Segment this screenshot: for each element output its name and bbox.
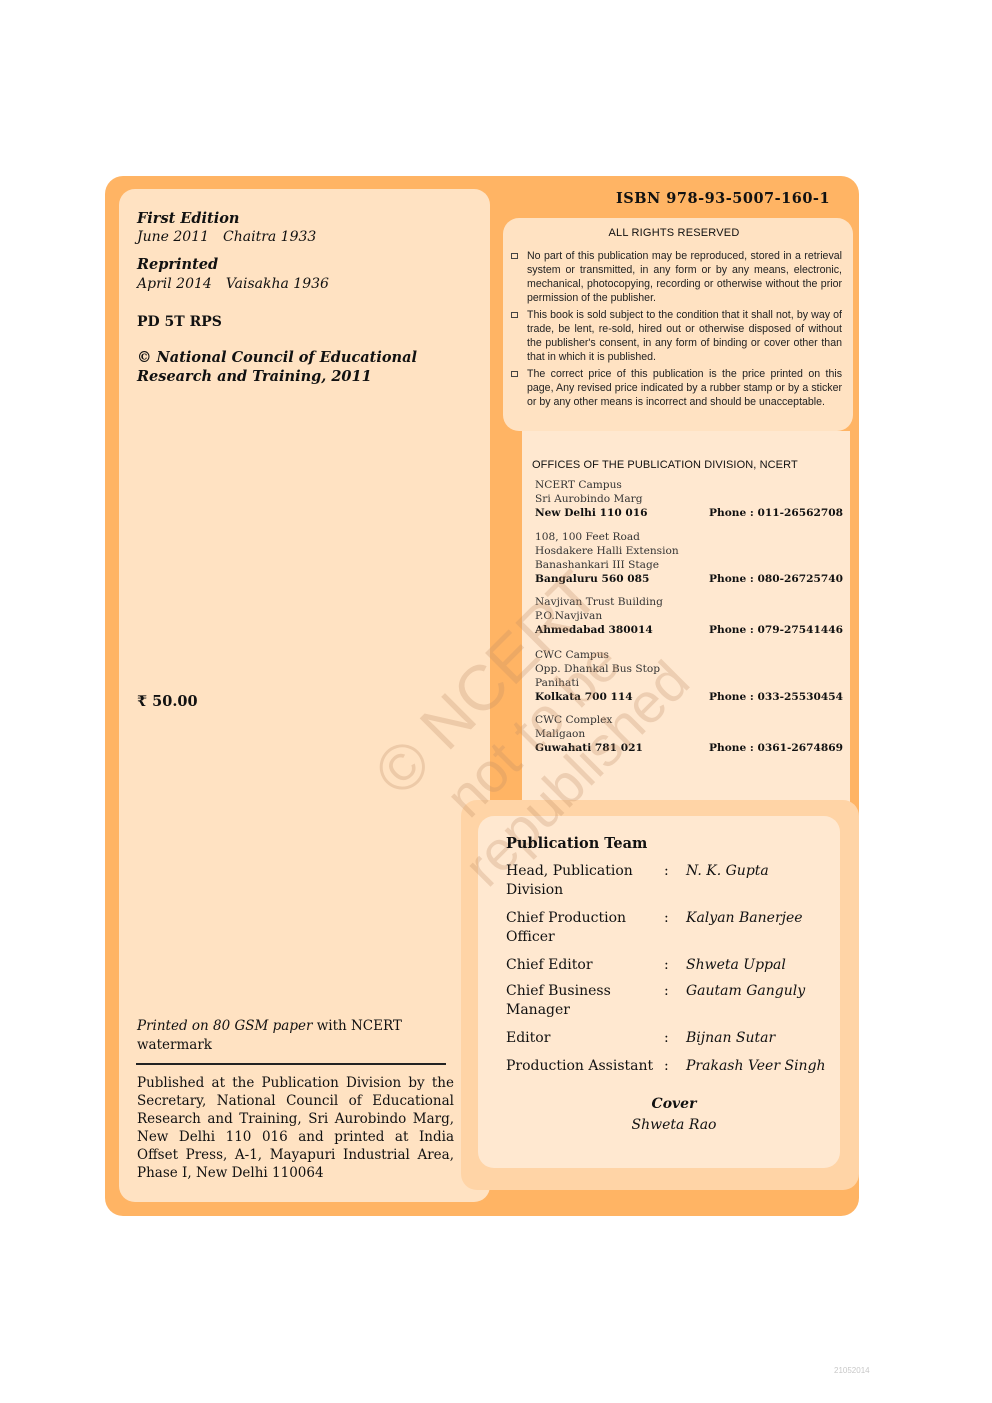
checkbox-bullet-icon <box>511 312 518 318</box>
team-member-name: Prakash Veer Singh <box>686 1057 826 1076</box>
office-city-row: Bangaluru 560 085Phone : 080-26725740 <box>535 572 843 586</box>
office-address-line: Opp. Dhankal Bus Stop <box>535 662 843 676</box>
reprint-date: April 2014Vaisakha 1936 <box>137 276 329 292</box>
team-member-name: Gautam Ganguly <box>686 982 805 1020</box>
team-member-row: Chief Business Manager:Gautam Ganguly <box>506 982 836 1020</box>
office-phone: Phone : 011-26562708 <box>709 506 843 520</box>
office-city: Kolkata 700 114 <box>535 690 633 704</box>
copyright-line-2: Research and Training, 2011 <box>137 367 417 386</box>
rights-item-text: This book is sold subject to the conditi… <box>527 309 842 363</box>
publication-code: PD 5T RPS <box>137 314 222 330</box>
team-member-name: Shweta Uppal <box>686 956 786 975</box>
copyright-notice: © National Council of Educational Resear… <box>137 348 417 386</box>
office-address-line: P.O.Navjivan <box>535 609 843 623</box>
team-member-name: Kalyan Banerjee <box>686 909 803 947</box>
price: ₹ 50.00 <box>137 693 198 710</box>
office-city: Guwahati 781 021 <box>535 741 643 755</box>
team-member-row: Production Assistant:Prakash Veer Singh <box>506 1057 836 1076</box>
first-edition-gregorian: June 2011 <box>137 229 209 245</box>
office-address-line: Sri Aurobindo Marg <box>535 492 843 506</box>
office-city-row: New Delhi 110 016Phone : 011-26562708 <box>535 506 843 520</box>
team-separator: : <box>664 1057 686 1076</box>
team-member-row: Editor:Bijnan Sutar <box>506 1029 836 1048</box>
team-member-row: Chief Production Officer:Kalyan Banerjee <box>506 909 836 947</box>
office-address-line: Hosdakere Halli Extension <box>535 544 843 558</box>
rights-item-text: No part of this publication may be repro… <box>527 250 842 304</box>
office-phone: Phone : 079-27541446 <box>709 623 843 637</box>
team-member-name: Bijnan Sutar <box>686 1029 775 1048</box>
rights-item: This book is sold subject to the conditi… <box>510 308 842 364</box>
office-phone: Phone : 033-25530454 <box>709 690 843 704</box>
office-address-line: Navjivan Trust Building <box>535 595 843 609</box>
office-city-row: Ahmedabad 380014Phone : 079-27541446 <box>535 623 843 637</box>
first-edition-heading: First Edition <box>137 210 239 227</box>
office-city-row: Guwahati 781 021Phone : 0361-2674869 <box>535 741 843 755</box>
office-address-line: NCERT Campus <box>535 478 843 492</box>
team-member-row: Head, Publication Division:N. K. Gupta <box>506 862 836 900</box>
rights-item: The correct price of this publication is… <box>510 367 842 409</box>
copyright-line-1: © National Council of Educational <box>137 348 417 367</box>
office-city: Ahmedabad 380014 <box>535 623 653 637</box>
team-member-name: N. K. Gupta <box>686 862 769 900</box>
cover-heading: Cover <box>493 1096 855 1112</box>
office-address-line: Banashankari III Stage <box>535 558 843 572</box>
office-address-line: CWC Campus <box>535 648 843 662</box>
divider <box>136 1063 446 1065</box>
office-city: Bangaluru 560 085 <box>535 572 649 586</box>
team-member-role: Chief Production Officer <box>506 909 664 947</box>
office-phone: Phone : 080-26725740 <box>709 572 843 586</box>
team-separator: : <box>664 1029 686 1048</box>
team-separator: : <box>664 862 686 900</box>
office-address-line: Panihati <box>535 676 843 690</box>
paper-note-italic: Printed on 80 GSM paper <box>137 1018 312 1034</box>
footer-code: 21052014 <box>834 1366 870 1375</box>
team-separator: : <box>664 956 686 975</box>
office-address-line: Maligaon <box>535 727 843 741</box>
published-by-text: Published at the Publication Division by… <box>137 1074 454 1182</box>
reprint-heading: Reprinted <box>137 256 218 273</box>
office-city-row: Kolkata 700 114Phone : 033-25530454 <box>535 690 843 704</box>
rights-list: No part of this publication may be repro… <box>510 249 842 412</box>
checkbox-bullet-icon <box>511 371 518 377</box>
team-separator: : <box>664 909 686 947</box>
first-edition-saka: Chaitra 1933 <box>223 229 316 245</box>
team-title: Publication Team <box>506 835 647 852</box>
cover-designer: Shweta Rao <box>493 1117 855 1133</box>
office-phone: Phone : 0361-2674869 <box>709 741 843 755</box>
isbn: ISBN 978-93-5007-160-1 <box>616 190 830 207</box>
paper-note: Printed on 80 GSM paper with NCERT water… <box>137 1017 437 1055</box>
office-entry: CWC ComplexMaligaonGuwahati 781 021Phone… <box>535 713 843 755</box>
reprint-gregorian: April 2014 <box>137 276 212 292</box>
team-member-role: Editor <box>506 1029 664 1048</box>
office-city: New Delhi 110 016 <box>535 506 648 520</box>
team-member-role: Head, Publication Division <box>506 862 664 900</box>
first-edition-date: June 2011Chaitra 1933 <box>137 229 316 245</box>
offices-title: OFFICES OF THE PUBLICATION DIVISION, NCE… <box>532 459 798 471</box>
office-entry: 108, 100 Feet RoadHosdakere Halli Extens… <box>535 530 843 586</box>
office-entry: NCERT CampusSri Aurobindo MargNew Delhi … <box>535 478 843 520</box>
rights-title: ALL RIGHTS RESERVED <box>499 227 849 239</box>
office-entry: CWC CampusOpp. Dhankal Bus StopPanihatiK… <box>535 648 843 704</box>
office-address-line: 108, 100 Feet Road <box>535 530 843 544</box>
team-member-role: Chief Business Manager <box>506 982 664 1020</box>
team-member-role: Production Assistant <box>506 1057 664 1076</box>
team-separator: : <box>664 982 686 1020</box>
checkbox-bullet-icon <box>511 253 518 259</box>
rights-item: No part of this publication may be repro… <box>510 249 842 305</box>
reprint-saka: Vaisakha 1936 <box>226 276 329 292</box>
office-address-line: CWC Complex <box>535 713 843 727</box>
team-member-row: Chief Editor:Shweta Uppal <box>506 956 836 975</box>
office-entry: Navjivan Trust BuildingP.O.NavjivanAhmed… <box>535 595 843 637</box>
team-member-role: Chief Editor <box>506 956 664 975</box>
rights-item-text: The correct price of this publication is… <box>527 368 842 408</box>
